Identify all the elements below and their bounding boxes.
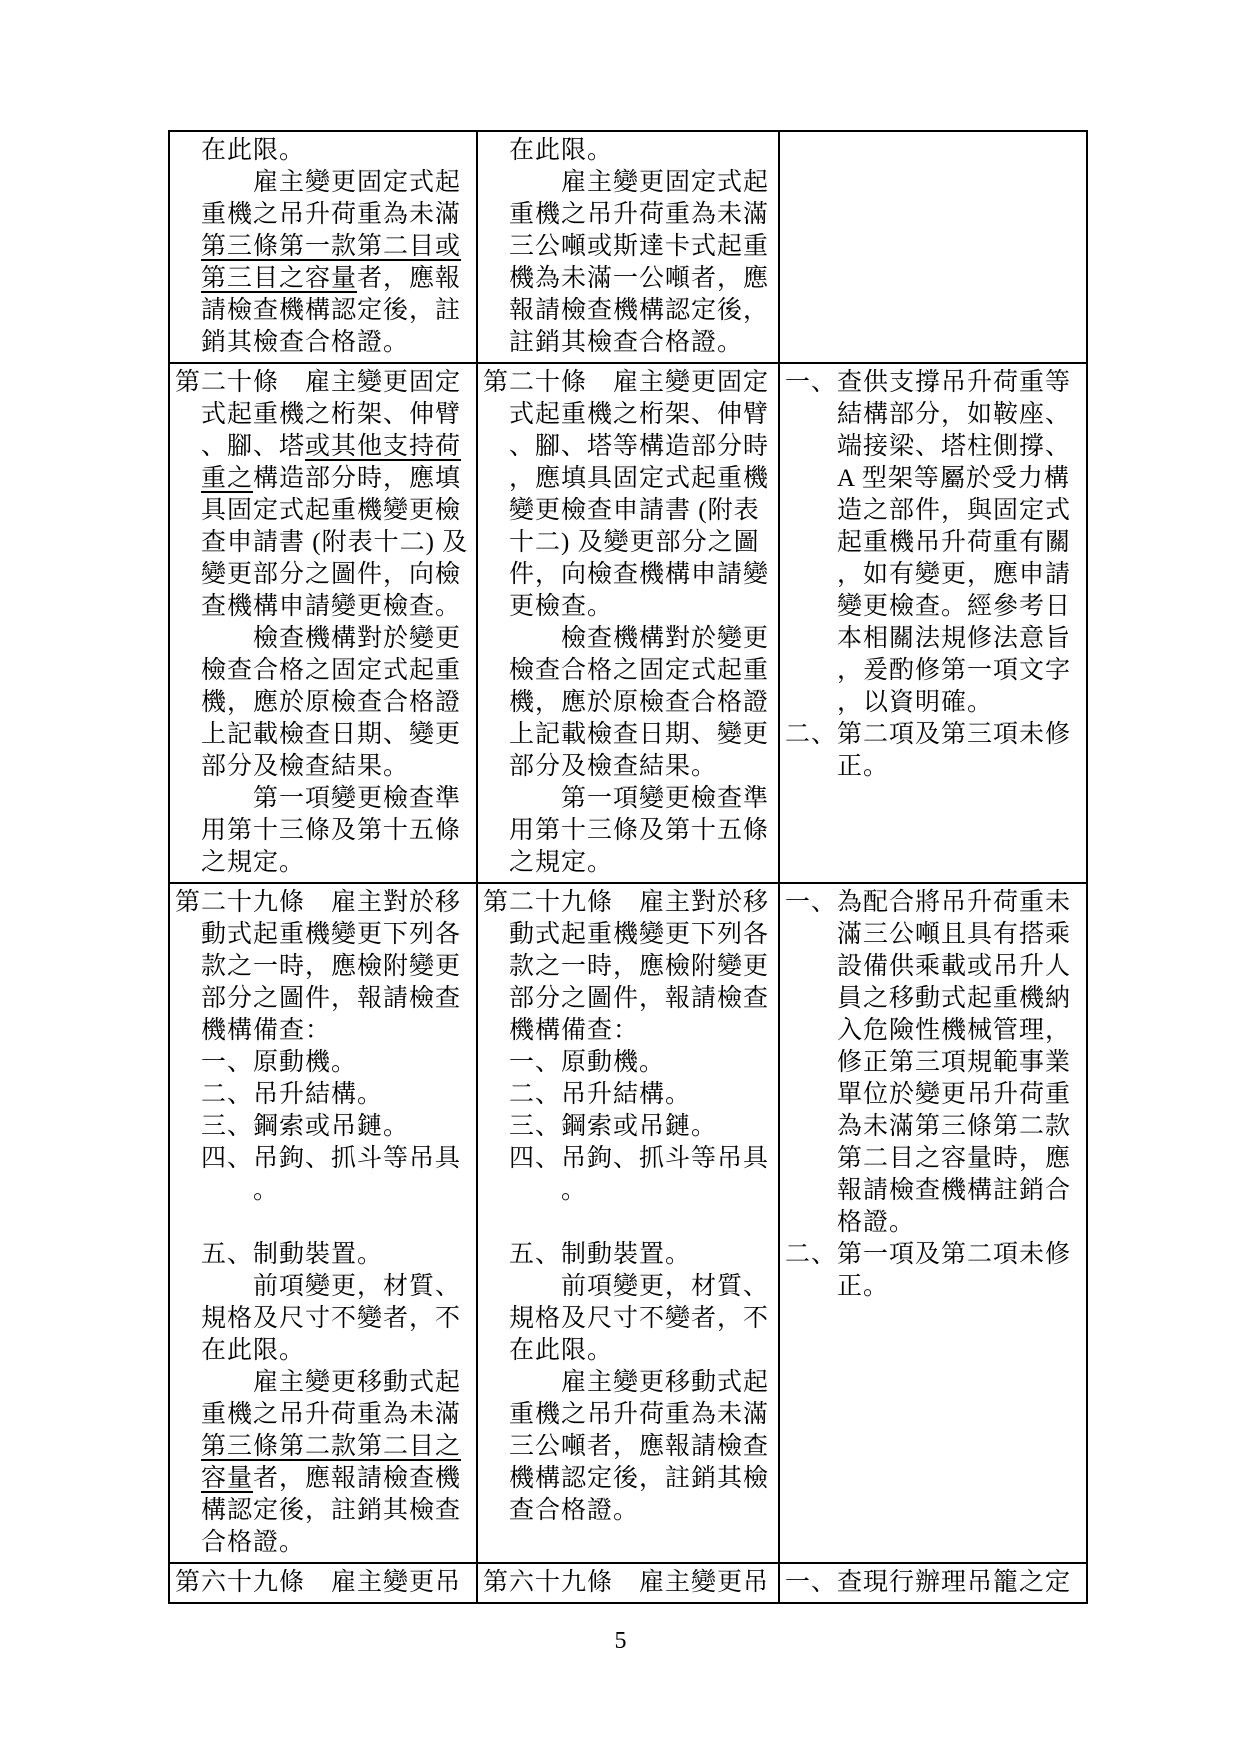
text-line: 雇主變更固定式起	[175, 167, 474, 199]
text-line: 請檢查機構認定後，註	[175, 295, 474, 327]
text-line: 一、為配合將吊升荷重未	[785, 887, 1084, 919]
text-line: 重機之吊升荷重為未滿	[483, 1399, 776, 1431]
text-segment	[175, 465, 201, 492]
text-line: 合格證。	[175, 1527, 474, 1559]
text-line: 雇主變更固定式起	[483, 167, 776, 199]
text-line: ，如有變更，應申請	[785, 559, 1084, 591]
text-line: 款之一時，應檢附變更	[483, 951, 776, 983]
text-line: 變更檢查。經參考日	[785, 591, 1084, 623]
text-line: 第二十九條 雇主對於移	[483, 887, 776, 919]
text-line: 前項變更，材質、	[175, 1271, 474, 1303]
text-line: 機，應於原檢查合格證	[483, 687, 776, 719]
text-line: 本相關法規修法意旨	[785, 623, 1084, 655]
text-line: 。	[483, 1175, 776, 1207]
text-segment	[175, 1433, 201, 1460]
text-line: 用第十三條及第十五條	[175, 815, 474, 847]
cell-amended-provision: 第二十九條 雇主對於移 動式起重機變更下列各 款之一時，應檢附變更 部分之圖件，…	[169, 883, 477, 1563]
text-line: 查申請書 (附表十二) 及	[175, 527, 474, 559]
text-line: 報請檢查機構認定後，	[483, 295, 776, 327]
text-line: 註銷其檢查合格證。	[483, 327, 776, 359]
text-line: 容量者，應報請檢查機	[175, 1463, 474, 1495]
page-number: 5	[0, 1626, 1241, 1656]
document-page: 在此限。 雇主變更固定式起 重機之吊升荷重為未滿 第三條第一款第二目或 第三目之…	[0, 0, 1241, 1755]
text-line: 在此限。	[175, 1335, 474, 1367]
text-line: 。	[175, 1175, 474, 1207]
text-segment: 者，應報	[357, 265, 461, 292]
text-line: 一、原動機。	[175, 1047, 474, 1079]
text-line: 第一項變更檢查準	[483, 783, 776, 815]
cell-explanation: 一、查現行辦理吊籠之定	[779, 1563, 1087, 1603]
text-line: 部分之圖件，報請檢查	[483, 983, 776, 1015]
underlined-text: 第三條第二款第二目之	[201, 1433, 461, 1460]
provision-comparison-table: 在此限。 雇主變更固定式起 重機之吊升荷重為未滿 第三條第一款第二目或 第三目之…	[168, 130, 1088, 1604]
text-line: 一、查供支撐吊升荷重等	[785, 367, 1084, 399]
cell-amended-provision: 在此限。 雇主變更固定式起 重機之吊升荷重為未滿 第三條第一款第二目或 第三目之…	[169, 131, 477, 363]
text-line: 二、第一項及第二項未修	[785, 1239, 1084, 1271]
text-line: 變更檢查申請書 (附表	[483, 495, 776, 527]
text-line: 在此限。	[175, 135, 474, 167]
text-line: 部分及檢查結果。	[483, 751, 776, 783]
text-line: 三、鋼索或吊鏈。	[483, 1111, 776, 1143]
text-line: 正。	[785, 751, 1084, 783]
table-row: 在此限。 雇主變更固定式起 重機之吊升荷重為未滿 第三條第一款第二目或 第三目之…	[169, 131, 1087, 363]
underlined-text: 重之	[201, 465, 253, 492]
text-line: 第三條第一款第二目或	[175, 231, 474, 263]
text-line: 三公噸者，應報請檢查	[483, 1431, 776, 1463]
text-line: 格證。	[785, 1207, 1084, 1239]
text-line	[483, 1207, 776, 1239]
text-line: 一、查現行辦理吊籠之定	[785, 1567, 1084, 1599]
text-line: 第一項變更檢查準	[175, 783, 474, 815]
text-line: 構認定後，註銷其檢查	[175, 1495, 474, 1527]
text-line: 機為未滿一公噸者，應	[483, 263, 776, 295]
text-line: 之規定。	[483, 847, 776, 879]
text-line: 檢查機構對於變更	[175, 623, 474, 655]
text-line: 第三條第二款第二目之	[175, 1431, 474, 1463]
table-row: 第二十條 雇主變更固定 式起重機之桁架、伸臂 、腳、塔或其他支持荷 重之構造部分…	[169, 363, 1087, 883]
cell-explanation	[779, 131, 1087, 363]
underlined-text: 容量	[201, 1465, 253, 1492]
text-line: 起重機吊升荷重有關	[785, 527, 1084, 559]
text-line: 查機構申請變更檢查。	[175, 591, 474, 623]
text-line: 十二) 及變更部分之圖	[483, 527, 776, 559]
text-line: 結構部分，如鞍座、	[785, 399, 1084, 431]
text-line: 規格及尺寸不變者，不	[175, 1303, 474, 1335]
text-line: 機構備查：	[483, 1015, 776, 1047]
text-line: 第六十九條 雇主變更吊	[483, 1567, 776, 1599]
text-line: 在此限。	[483, 1335, 776, 1367]
text-line: 上記載檢查日期、變更	[483, 719, 776, 751]
text-line: 重機之吊升荷重為未滿	[175, 199, 474, 231]
text-segment: 者，應報請檢查機	[253, 1465, 461, 1492]
text-line: 為未滿第三條第二款	[785, 1111, 1084, 1143]
text-line: 第二目之容量時，應	[785, 1143, 1084, 1175]
text-line: 二、吊升結構。	[483, 1079, 776, 1111]
cell-current-provision: 在此限。 雇主變更固定式起 重機之吊升荷重為未滿 三公噸或斯達卡式起重 機為未滿…	[477, 131, 779, 363]
text-line: 第二十條 雇主變更固定	[175, 367, 474, 399]
text-line: 二、吊升結構。	[175, 1079, 474, 1111]
text-line: 之規定。	[175, 847, 474, 879]
text-line: 檢查合格之固定式起重	[175, 655, 474, 687]
text-line: 第二十條 雇主變更固定	[483, 367, 776, 399]
underlined-text: 第三條第一款第二目或	[201, 233, 461, 260]
text-line: 前項變更，材質、	[483, 1271, 776, 1303]
text-line: 檢查合格之固定式起重	[483, 655, 776, 687]
cell-current-provision: 第二十九條 雇主對於移 動式起重機變更下列各 款之一時，應檢附變更 部分之圖件，…	[477, 883, 779, 1563]
text-line: 三公噸或斯達卡式起重	[483, 231, 776, 263]
text-line: 四、吊鉤、抓斗等吊具	[483, 1143, 776, 1175]
text-line: 在此限。	[483, 135, 776, 167]
text-segment	[175, 1465, 201, 1492]
text-line: 具固定式起重機變更檢	[175, 495, 474, 527]
text-line: 動式起重機變更下列各	[175, 919, 474, 951]
text-line: 用第十三條及第十五條	[483, 815, 776, 847]
text-line: 查合格證。	[483, 1495, 776, 1527]
text-line: A 型架等屬於受力構	[785, 463, 1084, 495]
text-line: 式起重機之桁架、伸臂	[483, 399, 776, 431]
text-line: 檢查機構對於變更	[483, 623, 776, 655]
text-line: 三、鋼索或吊鏈。	[175, 1111, 474, 1143]
text-line: 機構認定後，註銷其檢	[483, 1463, 776, 1495]
text-segment	[175, 233, 201, 260]
cell-explanation: 一、查供支撐吊升荷重等 結構部分，如鞍座、 端接梁、塔柱側撐、 A 型架等屬於受…	[779, 363, 1087, 883]
text-line: ，爰酌修第一項文字	[785, 655, 1084, 687]
text-line: 五、制動裝置。	[483, 1239, 776, 1271]
text-line: 雇主變更移動式起	[175, 1367, 474, 1399]
text-line: 機構備查：	[175, 1015, 474, 1047]
text-line: 雇主變更移動式起	[483, 1367, 776, 1399]
text-line: 重機之吊升荷重為未滿	[483, 199, 776, 231]
text-line: 重機之吊升荷重為未滿	[175, 1399, 474, 1431]
text-line: 件，向檢查機構申請變	[483, 559, 776, 591]
text-line: 四、吊鉤、抓斗等吊具	[175, 1143, 474, 1175]
text-segment: 構造部分時，應填	[253, 465, 461, 492]
text-line	[175, 1207, 474, 1239]
text-line: 機，應於原檢查合格證	[175, 687, 474, 719]
text-line: 、腳、塔或其他支持荷	[175, 431, 474, 463]
text-line: 第六十九條 雇主變更吊	[175, 1567, 474, 1599]
text-line: 二、第二項及第三項未修	[785, 719, 1084, 751]
text-line: 端接梁、塔柱側撐、	[785, 431, 1084, 463]
text-line: 五、制動裝置。	[175, 1239, 474, 1271]
text-line: 動式起重機變更下列各	[483, 919, 776, 951]
table-row: 第二十九條 雇主對於移 動式起重機變更下列各 款之一時，應檢附變更 部分之圖件，…	[169, 883, 1087, 1563]
text-line: 修正第三項規範事業	[785, 1047, 1084, 1079]
text-segment: 、腳、塔	[175, 433, 305, 460]
text-line: 重之構造部分時，應填	[175, 463, 474, 495]
text-line: 、腳、塔等構造部分時	[483, 431, 776, 463]
text-line: 銷其檢查合格證。	[175, 327, 474, 359]
table-row: 第六十九條 雇主變更吊 第六十九條 雇主變更吊 一、查現行辦理吊籠之定	[169, 1563, 1087, 1603]
text-line: 式起重機之桁架、伸臂	[175, 399, 474, 431]
cell-explanation: 一、為配合將吊升荷重未 滿三公噸且具有搭乘 設備供乘載或吊升人 員之移動式起重機…	[779, 883, 1087, 1563]
cell-current-provision: 第六十九條 雇主變更吊	[477, 1563, 779, 1603]
cell-amended-provision: 第二十條 雇主變更固定 式起重機之桁架、伸臂 、腳、塔或其他支持荷 重之構造部分…	[169, 363, 477, 883]
text-line: 第二十九條 雇主對於移	[175, 887, 474, 919]
underlined-text: 或其他支持荷	[305, 433, 461, 460]
text-line: 設備供乘載或吊升人	[785, 951, 1084, 983]
text-line: 第三目之容量者，應報	[175, 263, 474, 295]
text-line: 單位於變更吊升荷重	[785, 1079, 1084, 1111]
text-line: 員之移動式起重機納	[785, 983, 1084, 1015]
cell-current-provision: 第二十條 雇主變更固定 式起重機之桁架、伸臂 、腳、塔等構造部分時 ，應填具固定…	[477, 363, 779, 883]
text-line: 報請檢查機構註銷合	[785, 1175, 1084, 1207]
text-line: 款之一時，應檢附變更	[175, 951, 474, 983]
text-line: 部分之圖件，報請檢查	[175, 983, 474, 1015]
text-segment	[175, 265, 201, 292]
text-line: 更檢查。	[483, 591, 776, 623]
text-line: ，以資明確。	[785, 687, 1084, 719]
text-line: 滿三公噸且具有搭乘	[785, 919, 1084, 951]
text-line: 規格及尺寸不變者，不	[483, 1303, 776, 1335]
text-line: 正。	[785, 1271, 1084, 1303]
text-line: 一、原動機。	[483, 1047, 776, 1079]
cell-amended-provision: 第六十九條 雇主變更吊	[169, 1563, 477, 1603]
text-line: ，應填具固定式起重機	[483, 463, 776, 495]
text-line: 造之部件，與固定式	[785, 495, 1084, 527]
text-line: 變更部分之圖件，向檢	[175, 559, 474, 591]
text-line: 入危險性機械管理，	[785, 1015, 1084, 1047]
text-line: 上記載檢查日期、變更	[175, 719, 474, 751]
underlined-text: 第三目之容量	[201, 265, 357, 292]
text-line: 部分及檢查結果。	[175, 751, 474, 783]
